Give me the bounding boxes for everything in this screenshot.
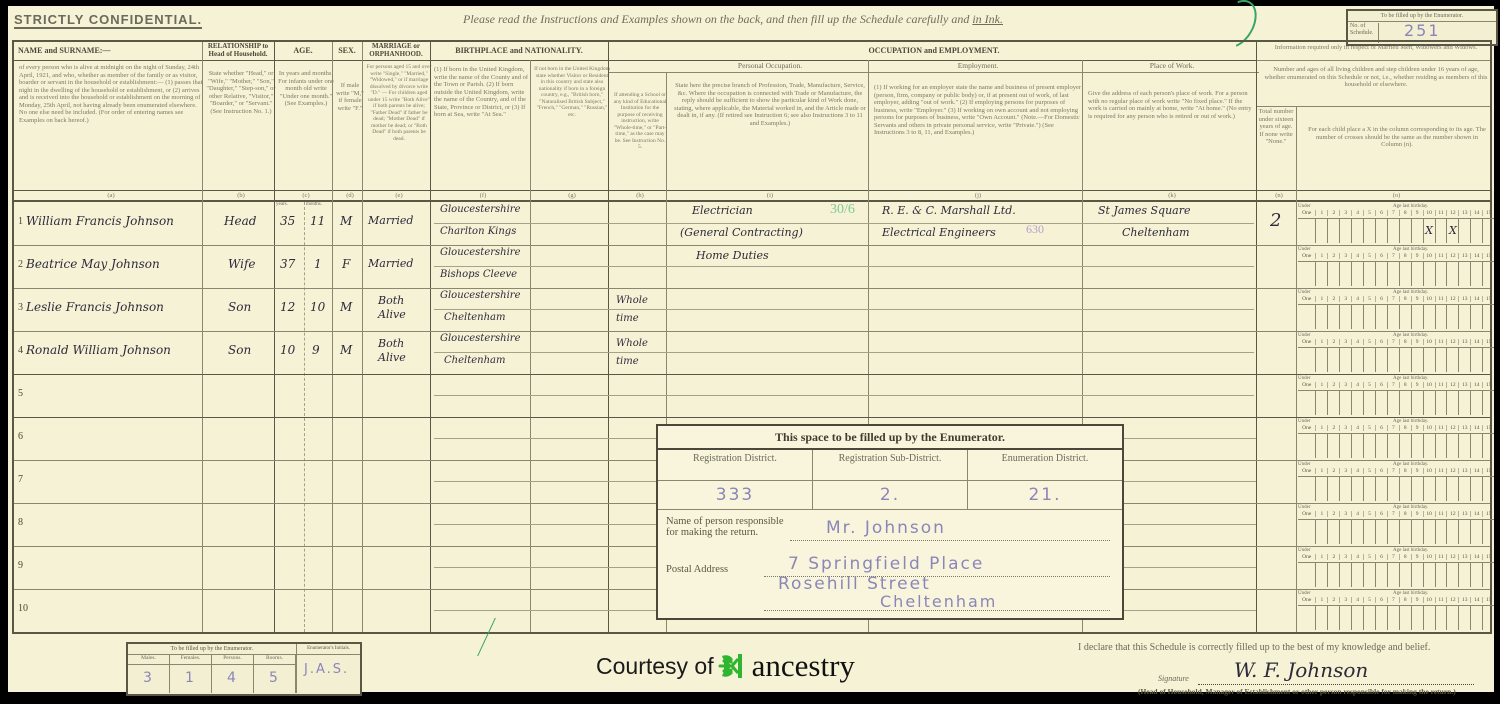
header-occupation-group: OCCUPATION and EMPLOYMENT. [609, 46, 1259, 55]
header-marriage: MARRIAGE or ORPHANHOOD. [363, 42, 429, 58]
enumerator-box-title: This space to be filled up by the Enumer… [658, 426, 1122, 450]
initials-label: Enumerator's Initials. [297, 644, 360, 655]
declaration-text: I declare that this Schedule is correctl… [1078, 642, 1430, 653]
tick: 4 [1351, 382, 1363, 388]
age-box [1423, 391, 1435, 415]
courtesy-watermark: Courtesy of ancestry [596, 648, 855, 684]
age-box [1482, 305, 1494, 329]
age-box [1411, 305, 1423, 329]
tick: 13 [1458, 339, 1470, 345]
tick: 13 [1458, 210, 1470, 216]
tick: 10 [1423, 554, 1435, 560]
children-age-grid: Under Age last birthday. One123456789101… [1298, 290, 1494, 330]
tick: 12 [1446, 511, 1458, 517]
age-box [1446, 434, 1458, 458]
age-box [1470, 434, 1482, 458]
tick: 5 [1363, 382, 1375, 388]
age-months: 1 [314, 257, 322, 271]
header-relationship: RELATIONSHIP to Head of Household. [203, 42, 273, 58]
tick: 9 [1411, 339, 1423, 345]
person-responsible-label: Name of person responsible for making th… [666, 516, 784, 538]
age-box [1315, 606, 1327, 630]
age-box [1423, 305, 1435, 329]
letter-h: (h) [609, 192, 671, 200]
tick: 3 [1339, 339, 1351, 345]
table-row: 2 Beatrice May Johnson Wife 37 1 F Marri… [16, 245, 1490, 288]
children-age-grid: Under Age last birthday. One123456789101… [1298, 376, 1494, 416]
tick: 8 [1399, 597, 1411, 603]
age-box [1298, 477, 1315, 501]
tick: One [1298, 382, 1315, 388]
occupation-line-2: (General Contracting) [680, 226, 803, 239]
birthplace-town: Cheltenham [444, 312, 505, 323]
relationship: Head [224, 214, 256, 228]
occupation-line-1: Home Duties [696, 249, 769, 262]
age-last-birthday-label: Age last birthday. [1393, 591, 1428, 596]
age-box [1315, 434, 1327, 458]
age-box [1458, 391, 1470, 415]
marriage-status: Both Alive [378, 337, 422, 365]
age-box [1315, 477, 1327, 501]
address-line-2: Rosehill Street [778, 574, 931, 594]
under-label: Under [1298, 290, 1311, 295]
ancestry-leaf-icon [718, 653, 748, 679]
tick: 10 [1423, 597, 1435, 603]
tick: 5 [1363, 511, 1375, 517]
tick: 3 [1339, 382, 1351, 388]
tick: 14 [1470, 554, 1482, 560]
children-age-grid: Under Age last birthday. One123456789101… [1298, 247, 1494, 287]
age-box [1470, 606, 1482, 630]
tick: 3 [1339, 425, 1351, 431]
tick: 2 [1327, 468, 1339, 474]
hint-children-ages: For each child place a X in the column c… [1304, 126, 1490, 149]
age-box [1327, 606, 1339, 630]
tick: 5 [1363, 597, 1375, 603]
tick: 11 [1435, 339, 1447, 345]
hint-place-of-work: Give the address of each person's place … [1085, 90, 1259, 120]
hint-birthplace: (1) If born in the United Kingdom, write… [431, 66, 535, 119]
tick: One [1298, 210, 1315, 216]
signature-label: Signature [1158, 674, 1189, 683]
age-box [1387, 477, 1399, 501]
age-boxes [1298, 433, 1494, 458]
half-row-sep [434, 524, 664, 525]
age-box [1446, 262, 1458, 286]
tick: 4 [1351, 339, 1363, 345]
tick: 4 [1351, 210, 1363, 216]
tick: 10 [1423, 425, 1435, 431]
tick: 1 [1315, 210, 1327, 216]
tick: 9 [1411, 511, 1423, 517]
age-ticks: One123456789101112131415 [1298, 425, 1494, 431]
tick: 1 [1315, 253, 1327, 259]
age-box [1375, 520, 1387, 544]
age-box [1387, 262, 1399, 286]
signature-line [1198, 684, 1474, 685]
age-last-birthday-label: Age last birthday. [1393, 290, 1428, 295]
age-box [1435, 477, 1447, 501]
tick: 13 [1458, 468, 1470, 474]
age-box [1482, 262, 1494, 286]
under-label: Under [1298, 505, 1311, 510]
tick: 4 [1351, 425, 1363, 431]
person-name: William Francis Johnson [26, 214, 174, 228]
tick: 15 [1482, 511, 1494, 517]
enumeration-district-value: 21. [968, 481, 1122, 509]
tick: 9 [1411, 296, 1423, 302]
stamp-mark: 630 [1026, 222, 1044, 237]
females-label: Females. [170, 655, 212, 664]
half-row-sep [1122, 567, 1256, 568]
children-age-grid: Under Age last birthday. One123456789101… [1298, 548, 1494, 588]
age-box [1387, 348, 1399, 372]
age-box [1351, 262, 1363, 286]
courtesy-prefix: Courtesy of [596, 653, 714, 680]
tick: 10 [1423, 339, 1435, 345]
males-label: Males. [128, 655, 170, 664]
tick: 2 [1327, 597, 1339, 603]
age-box [1375, 606, 1387, 630]
age-box [1315, 391, 1327, 415]
age-box [1399, 305, 1411, 329]
under-label: Under [1298, 419, 1311, 424]
tick: 15 [1482, 597, 1494, 603]
age-box [1482, 219, 1494, 243]
enumeration-district-label: Enumeration District. [968, 450, 1122, 480]
tick: 6 [1375, 339, 1387, 345]
tick: 14 [1470, 253, 1482, 259]
age-box [1411, 434, 1423, 458]
letter-f: (f) [431, 192, 535, 200]
hint-relationship: State whether "Head," or "Wife," "Mother… [203, 70, 279, 115]
hint-school: If attending a School or any kind of Edu… [609, 92, 671, 151]
half-row-sep [434, 481, 664, 482]
age-box [1298, 563, 1315, 587]
row-number: 8 [18, 517, 23, 528]
person-name: Ronald William Johnson [26, 343, 171, 357]
age-box [1339, 477, 1351, 501]
age-last-birthday-label: Age last birthday. [1393, 376, 1428, 381]
rooms-value: 5 [254, 665, 296, 693]
signature-note: (Head of Household, Manager of Establish… [1138, 687, 1456, 696]
age-box [1482, 520, 1494, 544]
tick: 11 [1435, 210, 1447, 216]
tick: 10 [1423, 253, 1435, 259]
tick: 13 [1458, 425, 1470, 431]
age-box [1298, 520, 1315, 544]
age-years: 10 [280, 343, 295, 357]
under-label: Under [1298, 376, 1311, 381]
age-box [1446, 606, 1458, 630]
tick: 3 [1339, 554, 1351, 560]
age-box [1399, 563, 1411, 587]
age-box [1351, 305, 1363, 329]
sex: M [340, 343, 352, 357]
age-box [1375, 262, 1387, 286]
tick: 12 [1446, 468, 1458, 474]
age-box [1458, 477, 1470, 501]
registration-sub-district-label: Registration Sub-District. [813, 450, 968, 480]
tick: 9 [1411, 253, 1423, 259]
header-birthplace-group: BIRTHPLACE and NATIONALITY. [431, 46, 607, 55]
letter-g: (g) [531, 192, 613, 200]
tick: 1 [1315, 296, 1327, 302]
tick: 11 [1435, 511, 1447, 517]
tick: 4 [1351, 468, 1363, 474]
age-box [1375, 305, 1387, 329]
age-box [1423, 477, 1435, 501]
place-line-1: St James Square [1098, 204, 1191, 217]
tick: 14 [1470, 210, 1482, 216]
tick: 5 [1363, 210, 1375, 216]
tick: 12 [1446, 210, 1458, 216]
age-box [1327, 563, 1339, 587]
children-age-grid: Under Age last birthday. One123456789101… [1298, 333, 1494, 373]
occupation-code-mark: 30/6 [830, 202, 855, 218]
age-box [1446, 305, 1458, 329]
age-ticks: One123456789101112131415 [1298, 468, 1494, 474]
header-married-group: Information required only in respect of … [1257, 44, 1495, 52]
hint-name: of every person who is alive at midnight… [16, 64, 206, 124]
age-boxes: XX [1298, 218, 1494, 243]
under-label: Under [1298, 591, 1311, 596]
row-number: 10 [18, 603, 28, 614]
tally-title: To be filled up by the Enumerator. [128, 644, 297, 655]
tick: 7 [1387, 597, 1399, 603]
tick: 11 [1435, 253, 1447, 259]
age-box [1423, 520, 1435, 544]
relationship: Son [228, 300, 251, 314]
half-row-sep [1122, 524, 1256, 525]
tick: 8 [1399, 511, 1411, 517]
tick: 2 [1327, 296, 1339, 302]
age-last-birthday-label: Age last birthday. [1393, 204, 1428, 209]
tick: 8 [1399, 382, 1411, 388]
tick: 4 [1351, 511, 1363, 517]
age-ticks: One123456789101112131415 [1298, 339, 1494, 345]
age-box [1423, 606, 1435, 630]
under-label: Under [1298, 462, 1311, 467]
tick: 8 [1399, 253, 1411, 259]
row-number: 1 [18, 216, 23, 227]
header-age: AGE. [275, 46, 331, 55]
tick: 7 [1387, 425, 1399, 431]
tick: One [1298, 425, 1315, 431]
age-years: 12 [280, 300, 295, 314]
tick: 7 [1387, 468, 1399, 474]
letter-k: (k) [1083, 192, 1261, 200]
dotted-line [790, 540, 1110, 541]
age-box [1327, 477, 1339, 501]
age-box [1351, 391, 1363, 415]
tick: 7 [1387, 554, 1399, 560]
divider [1257, 106, 1490, 107]
age-box [1387, 305, 1399, 329]
age-last-birthday-label: Age last birthday. [1393, 505, 1428, 510]
tick: 14 [1470, 511, 1482, 517]
age-box [1363, 520, 1375, 544]
tick: 13 [1458, 296, 1470, 302]
tick: 14 [1470, 425, 1482, 431]
row-sep [14, 374, 1490, 375]
age-months: 9 [312, 343, 320, 357]
tick: 15 [1482, 253, 1494, 259]
tick: 6 [1375, 253, 1387, 259]
tick: 6 [1375, 296, 1387, 302]
instructions-emphasis: in Ink. [972, 12, 1003, 26]
age-box [1470, 305, 1482, 329]
age-box [1351, 348, 1363, 372]
age-box [1363, 348, 1375, 372]
tick: 14 [1470, 339, 1482, 345]
females-value: 1 [170, 665, 212, 693]
age-box [1339, 305, 1351, 329]
birthplace-county: Gloucestershire [440, 333, 520, 344]
enumerator-tally-box: To be filled up by the Enumerator. Enume… [126, 642, 362, 696]
age-box [1435, 305, 1447, 329]
tally-headers: Males. Females. Persons. Rooms. [128, 655, 297, 665]
tick: 8 [1399, 425, 1411, 431]
age-box [1435, 391, 1447, 415]
person-name: Leslie Francis Johnson [26, 300, 164, 314]
age-box [1399, 434, 1411, 458]
registration-sub-district-value: 2. [813, 481, 968, 509]
age-box [1423, 434, 1435, 458]
divider [1257, 60, 1490, 61]
tick: 14 [1470, 597, 1482, 603]
age-box [1351, 520, 1363, 544]
letter-n: (n) [1257, 192, 1301, 200]
age-boxes [1298, 261, 1494, 286]
occupation-line-1: Electrician [692, 204, 753, 217]
tick: 1 [1315, 597, 1327, 603]
age-ticks: One123456789101112131415 [1298, 296, 1494, 302]
age-box [1298, 262, 1315, 286]
tick: 13 [1458, 597, 1470, 603]
tick: 3 [1339, 597, 1351, 603]
tick: 6 [1375, 210, 1387, 216]
under-label: Under [1298, 247, 1311, 252]
tick: 9 [1411, 468, 1423, 474]
header-place-of-work: Place of Work. [1083, 62, 1261, 70]
place-line-2: Cheltenham [1122, 226, 1190, 239]
age-box [1327, 262, 1339, 286]
age-box [1327, 434, 1339, 458]
birthplace-county: Gloucestershire [440, 290, 520, 301]
half-row-sep [434, 395, 1254, 396]
tick: 11 [1435, 425, 1447, 431]
age-last-birthday-label: Age last birthday. [1393, 333, 1428, 338]
age-box [1458, 348, 1470, 372]
letter-b: (b) [203, 192, 279, 200]
tick: 3 [1339, 296, 1351, 302]
tick: 14 [1470, 468, 1482, 474]
census-schedule: STRICTLY CONFIDENTIAL. Please read the I… [8, 6, 1494, 692]
age-box [1339, 520, 1351, 544]
tick: 2 [1327, 554, 1339, 560]
tick: 7 [1387, 253, 1399, 259]
tick: 8 [1399, 296, 1411, 302]
age-box [1327, 305, 1339, 329]
hint-total-children: Total number under sixteen years of age.… [1257, 108, 1295, 146]
letter-j: (j) [869, 192, 1087, 200]
age-box [1363, 219, 1375, 243]
tick: 8 [1399, 210, 1411, 216]
tick: One [1298, 597, 1315, 603]
half-row-sep [1122, 481, 1256, 482]
tick: 13 [1458, 511, 1470, 517]
sex: M [340, 214, 352, 228]
age-box [1399, 606, 1411, 630]
age-box [1435, 219, 1447, 243]
row-number: 4 [18, 345, 23, 356]
age-box [1298, 348, 1315, 372]
age-box [1435, 262, 1447, 286]
age-box [1399, 219, 1411, 243]
age-box [1435, 348, 1447, 372]
tick: 1 [1315, 339, 1327, 345]
tick: 15 [1482, 339, 1494, 345]
tick: 7 [1387, 382, 1399, 388]
tick: 11 [1435, 597, 1447, 603]
tick: 12 [1446, 253, 1458, 259]
marriage-status: Married [368, 214, 413, 227]
school-attendance: Whole time [616, 335, 656, 371]
district-values: 333 2. 21. [658, 481, 1122, 510]
age-boxes [1298, 519, 1494, 544]
tick: 2 [1327, 210, 1339, 216]
hint-marriage: For persons aged 15 and over write "Sing… [363, 64, 435, 142]
age-box [1411, 477, 1423, 501]
table-row: 3 Leslie Francis Johnson Son 12 10 M Bot… [16, 288, 1490, 331]
tick: 4 [1351, 296, 1363, 302]
total-children: 2 [1270, 210, 1281, 231]
age-box [1375, 434, 1387, 458]
tick: 11 [1435, 382, 1447, 388]
age-box [1351, 477, 1363, 501]
divider [14, 190, 1490, 191]
age-box: X [1446, 219, 1458, 243]
address-line-1: 7 Springfield Place [788, 554, 984, 574]
tick: 10 [1423, 382, 1435, 388]
age-box [1458, 434, 1470, 458]
tick: 6 [1375, 597, 1387, 603]
age-ticks: One123456789101112131415 [1298, 511, 1494, 517]
tick: 6 [1375, 425, 1387, 431]
age-last-birthday-label: Age last birthday. [1393, 548, 1428, 553]
ancestry-brand: ancestry [752, 648, 855, 684]
age-box [1435, 520, 1447, 544]
age-box [1458, 305, 1470, 329]
under-label: Under [1298, 548, 1311, 553]
tick: 5 [1363, 339, 1375, 345]
age-box [1339, 434, 1351, 458]
age-box [1298, 606, 1315, 630]
age-box [1363, 606, 1375, 630]
rooms-label: Rooms. [254, 655, 296, 664]
age-box [1315, 520, 1327, 544]
tick: 4 [1351, 554, 1363, 560]
age-box [1411, 563, 1423, 587]
tick: 7 [1387, 296, 1399, 302]
tick: 10 [1423, 468, 1435, 474]
children-age-grid: Under Age last birthday. One123456789101… [1298, 419, 1494, 459]
row-number: 9 [18, 560, 23, 571]
letter-i: (i) [667, 192, 873, 200]
header-name: NAME and SURNAME:— [18, 46, 198, 55]
tally-values: 3 1 4 5 [128, 665, 297, 693]
